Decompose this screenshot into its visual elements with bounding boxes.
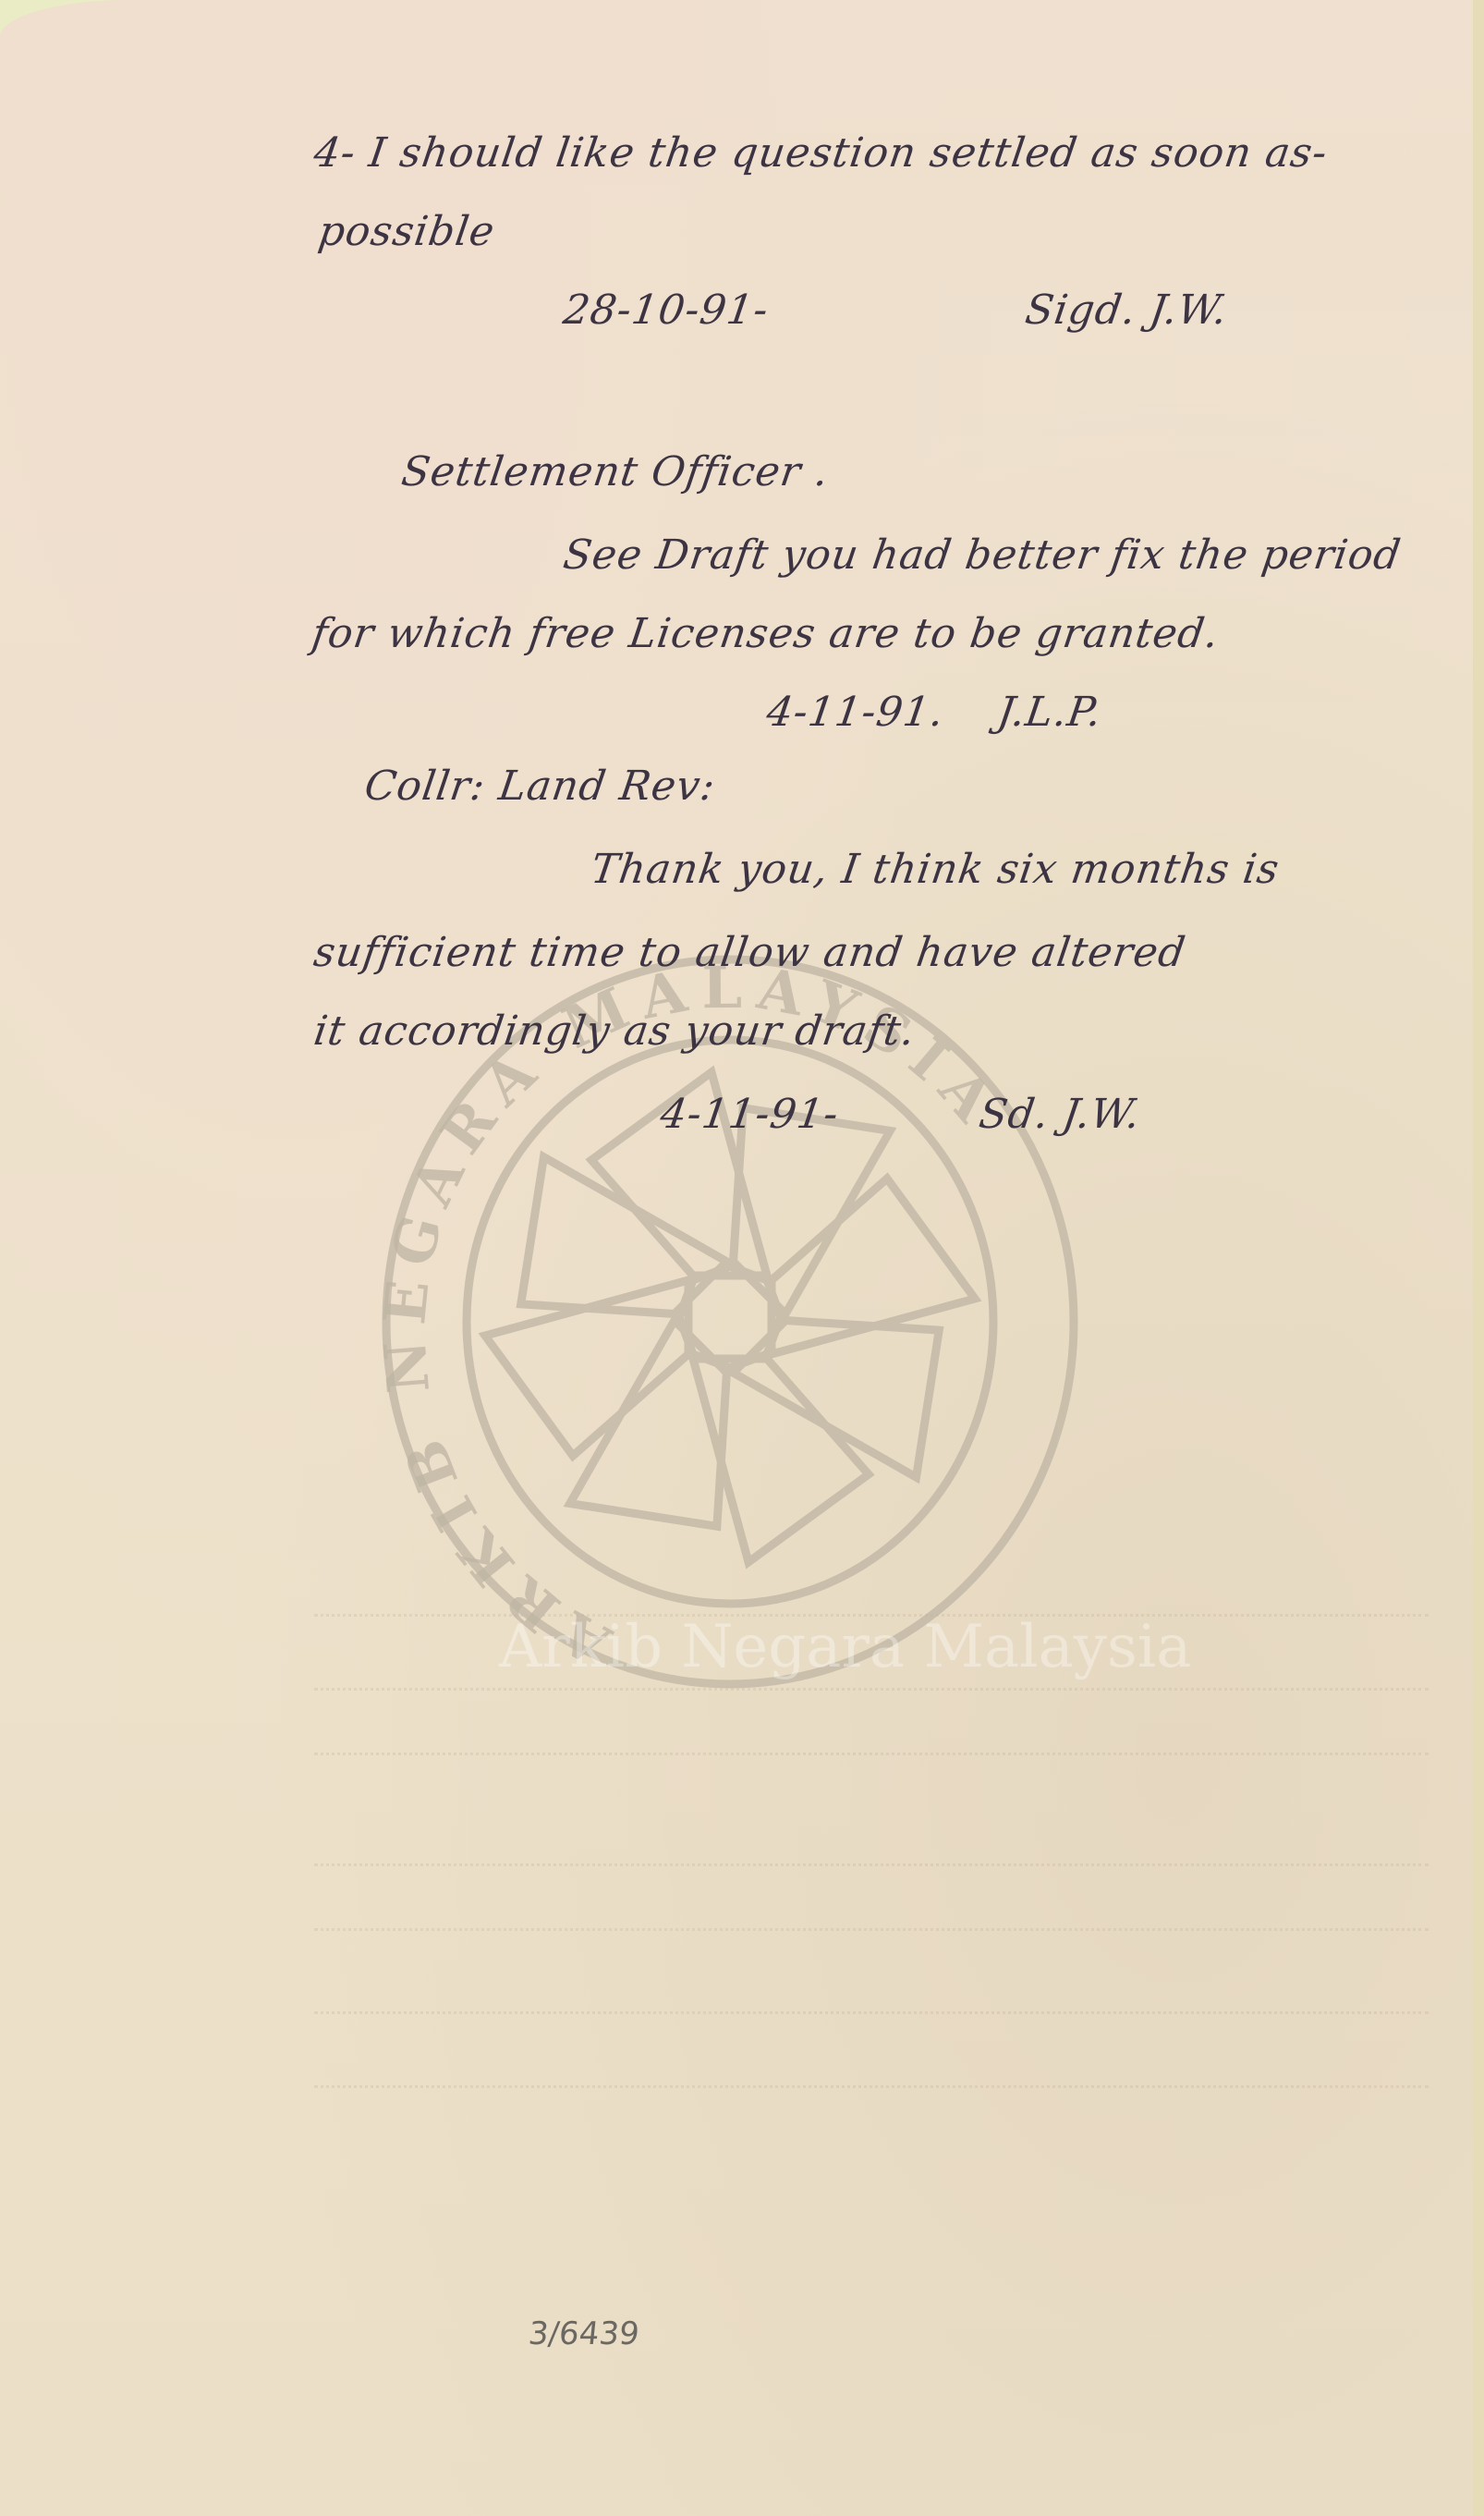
watermark-overlay-text: Arkib Negara Malaysia bbox=[499, 1613, 1191, 1681]
bleed-through-line bbox=[314, 1728, 1429, 1755]
minute-date: 4-11-91. bbox=[763, 689, 947, 736]
bleed-through-line bbox=[314, 1904, 1429, 1931]
minute-line: 4- I should like the question settled as… bbox=[310, 129, 1331, 177]
reference-number: 3/6439 bbox=[527, 2315, 641, 2352]
minute-signature: Sigd. J.W. bbox=[1022, 287, 1230, 334]
minute-line: Thank you, I think six months is bbox=[588, 846, 1282, 893]
minute-line: it accordingly as your draft. bbox=[310, 1008, 918, 1055]
minute-line: sufficient time to allow and have altere… bbox=[310, 929, 1188, 976]
archive-seal-watermark: ARKIB NEGARA MALAYSIA bbox=[374, 952, 1086, 1692]
bleed-through-line bbox=[314, 1987, 1429, 2014]
minute-date: 28-10-91- bbox=[560, 287, 772, 334]
addressee: Collr: Land Rev: bbox=[361, 763, 718, 810]
minute-date: 4-11-91- bbox=[657, 1091, 842, 1138]
minute-signature: J.L.P. bbox=[994, 689, 1104, 736]
minute-line: See Draft you had better fix the period bbox=[560, 531, 1404, 579]
minute-line: possible bbox=[315, 208, 497, 255]
minute-signature: Sd. J.W. bbox=[976, 1091, 1143, 1138]
page-edge bbox=[1473, 0, 1484, 2516]
bleed-through-line bbox=[314, 2061, 1429, 2088]
minute-line: for which free Licenses are to be grante… bbox=[309, 610, 1222, 657]
addressee: Settlement Officer . bbox=[398, 448, 832, 495]
bleed-through-line bbox=[314, 1839, 1429, 1866]
